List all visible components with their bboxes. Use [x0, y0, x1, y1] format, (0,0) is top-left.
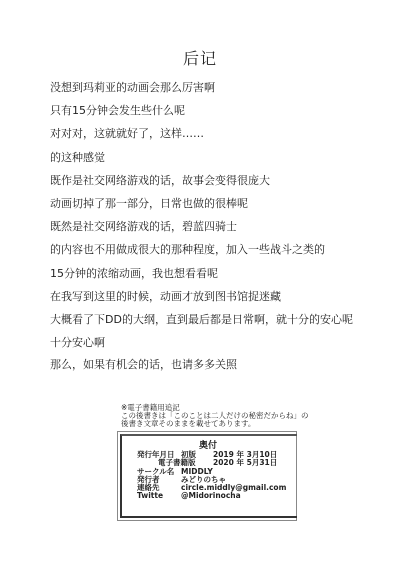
body-line: 大概看了下DD的大纲，直到最后都是日常啊，就十分的安心呢: [50, 308, 390, 331]
body-line: 的内容也不用做成很大的那种程度，加入一些战斗之类的: [50, 238, 390, 261]
ebook-note: ※電子書籍用追記 この後書きは「このことは二人だけの秘密だからね」の 後書き文章…: [121, 404, 309, 428]
body-line: 没想到玛莉亚的动画会那么厉害啊: [50, 76, 390, 99]
body-line: 对对对，这就就好了，这样……: [50, 122, 390, 145]
colophon-value: @Midorinocha: [181, 492, 241, 500]
body-line: 只有15分钟会发生些什么呢: [50, 99, 390, 122]
closing-line: 那么，如果有机会的话，也请多多关照: [50, 356, 237, 372]
page-title: 后记: [0, 46, 400, 69]
colophon-edition: 電子書籍版: [158, 459, 196, 467]
colophon-date: 2020 年 5月31日: [213, 459, 277, 467]
colophon-box: 奥付 発行年月日 初版 2019 年 3月10日 電子書籍版 2020 年 5月…: [117, 431, 297, 521]
body-line: 动画切掉了那一部分，日常也做的很棒呢: [50, 192, 390, 215]
body-line: 在我写到这里的时候，动画才放到图书馆捉迷藏: [50, 285, 390, 308]
body-line: 的这种感觉: [50, 146, 390, 169]
afterword-body: 没想到玛莉亚的动画会那么厉害啊 只有15分钟会发生些什么呢 对对对，这就就好了，…: [50, 76, 390, 354]
body-line: 15分钟的浓缩动画，我也想看看呢: [50, 262, 390, 285]
body-line: 既作是社交网络游戏的话，故事会变得很庞大: [50, 169, 390, 192]
note-line: 後書き文章そのままを載せてあります。: [121, 420, 309, 428]
body-line: 既然是社交网络游戏的话，碧蓝四骑士: [50, 215, 390, 238]
body-line: 十分安心啊: [50, 331, 390, 354]
colophon-label: Twitte: [137, 492, 163, 500]
